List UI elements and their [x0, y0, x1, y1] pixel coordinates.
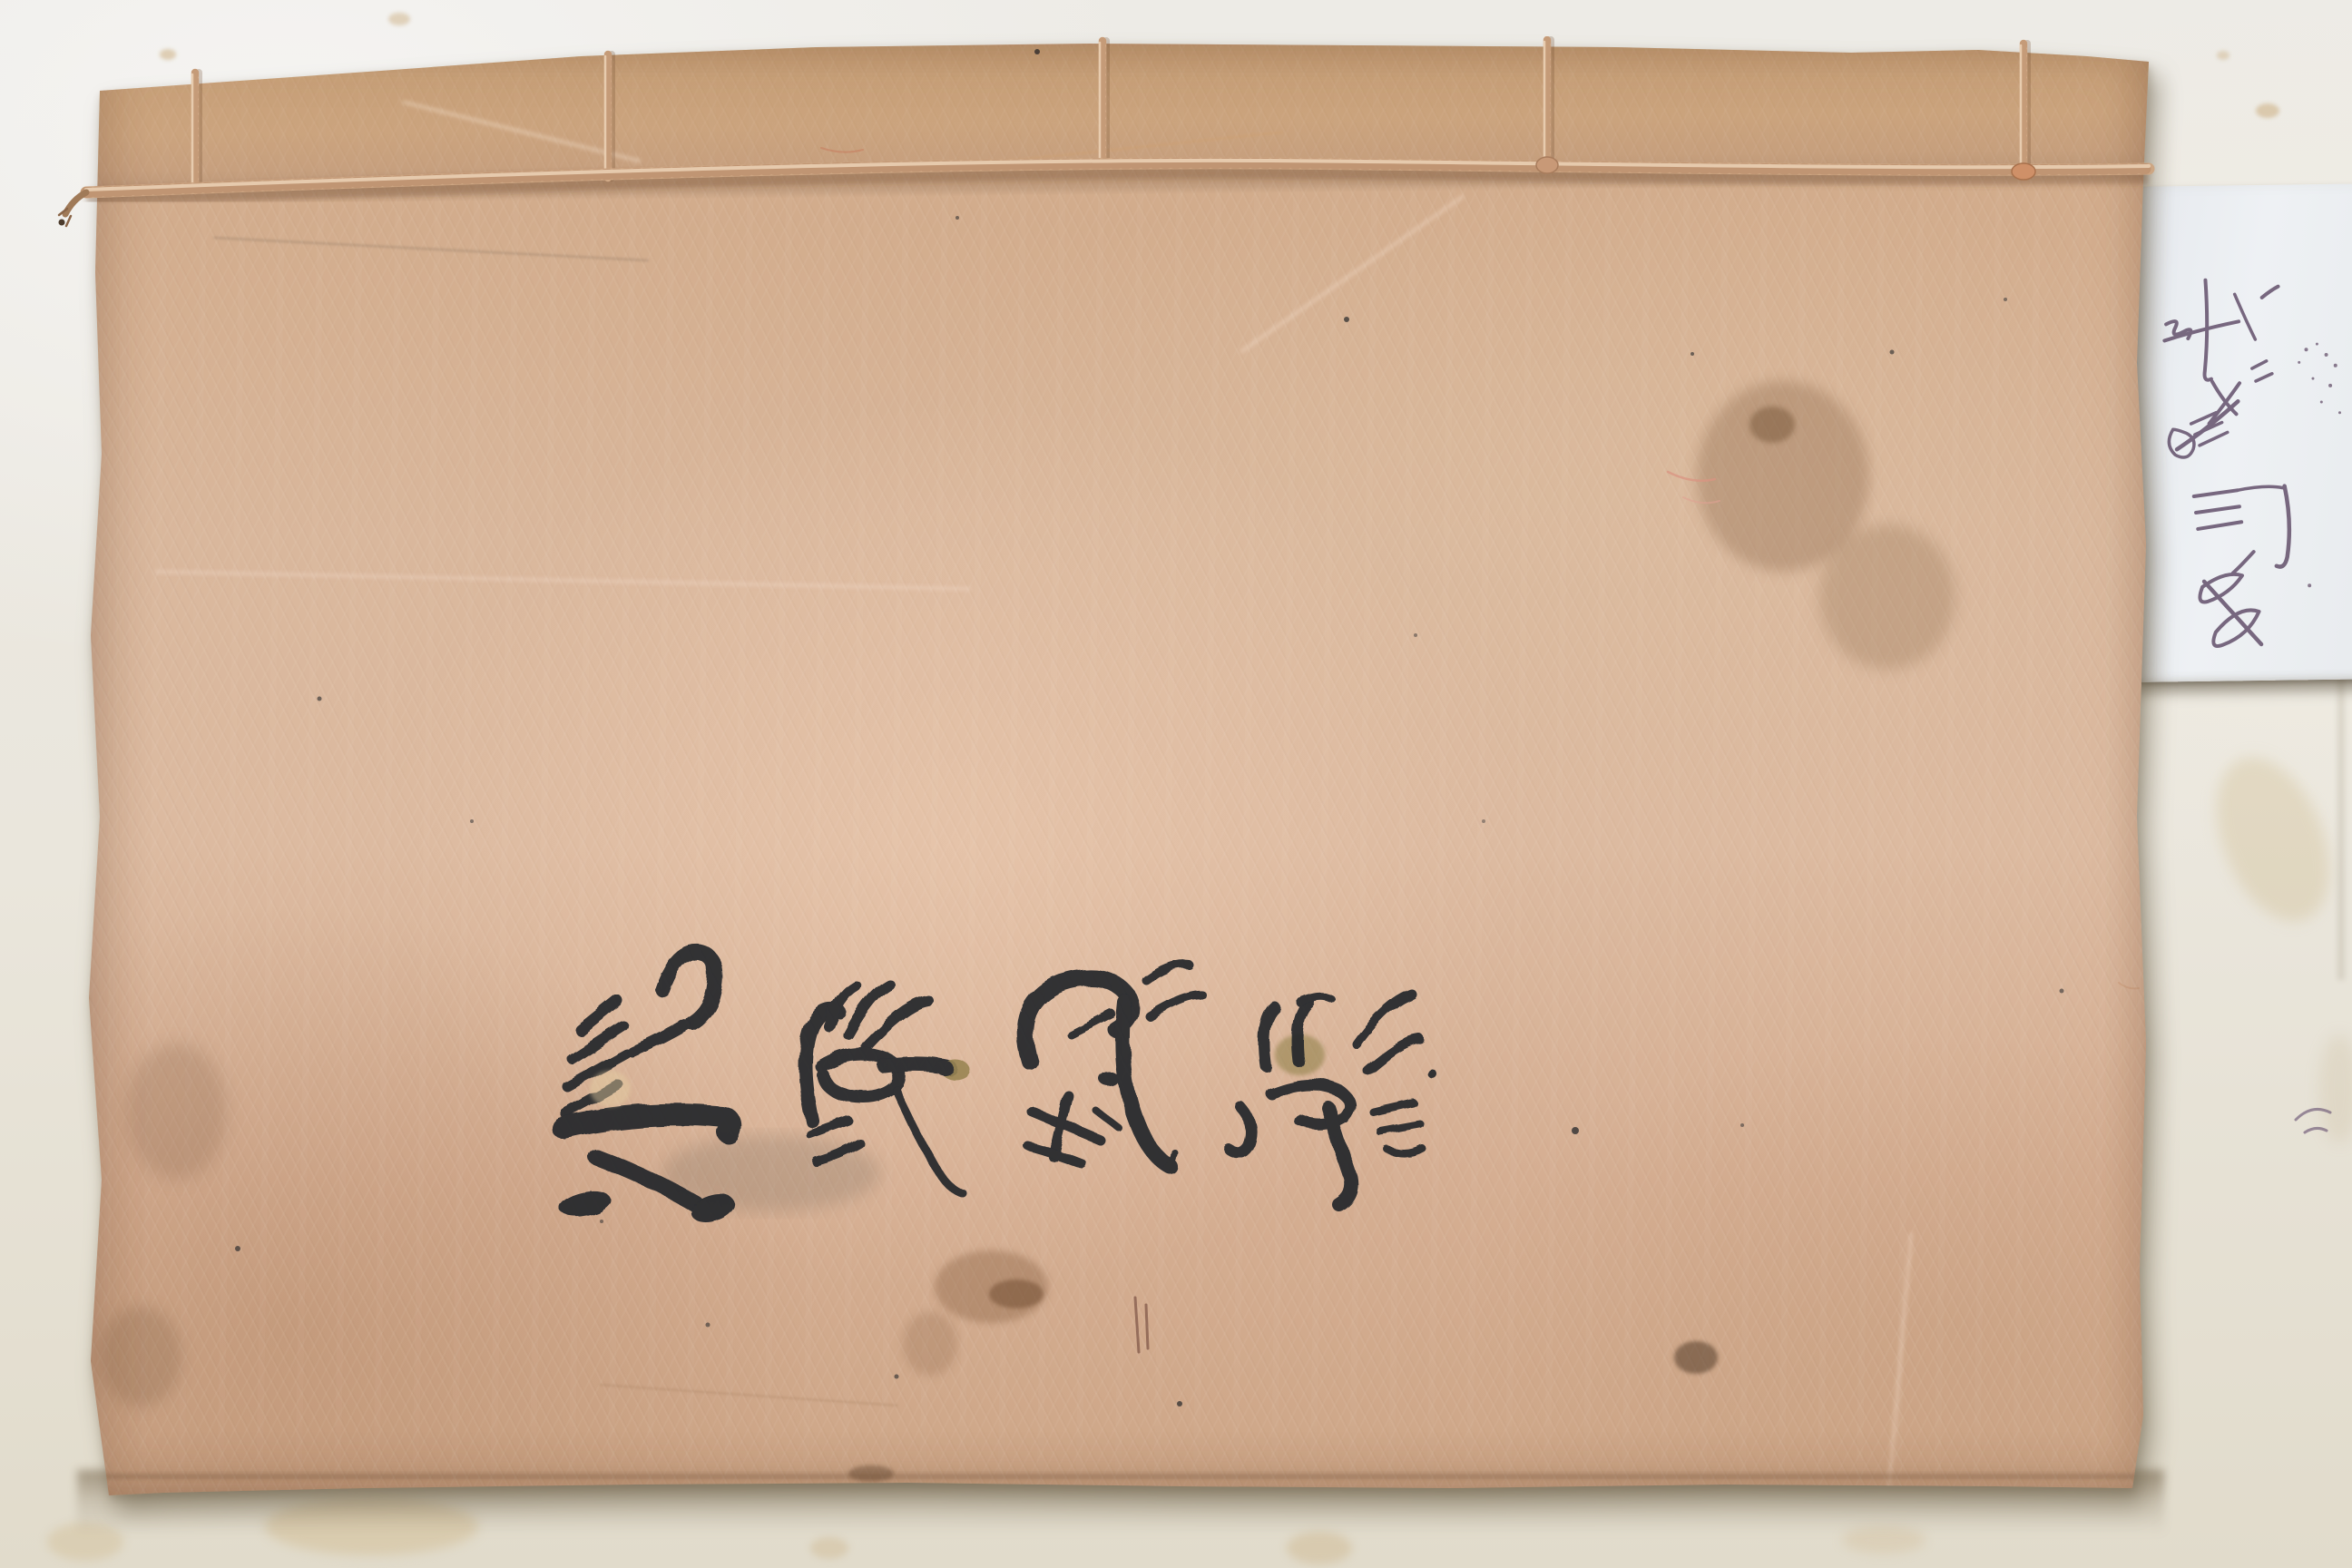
cord-knot — [1536, 157, 1558, 173]
cord-knot — [2012, 163, 2035, 180]
photo-scene — [0, 0, 2352, 1568]
page-block-edge — [104, 1474, 2137, 1479]
backdrop-pen-mark — [2288, 1082, 2352, 1151]
backdrop-stain — [2256, 103, 2279, 118]
slip-ink-speckles — [2298, 342, 2344, 587]
backdrop-stain — [2194, 740, 2351, 937]
cord-frayed-end — [59, 192, 87, 226]
backdrop-stain — [388, 13, 410, 25]
binding-stitching — [54, 36, 2169, 290]
backdrop-stain — [2217, 51, 2229, 60]
